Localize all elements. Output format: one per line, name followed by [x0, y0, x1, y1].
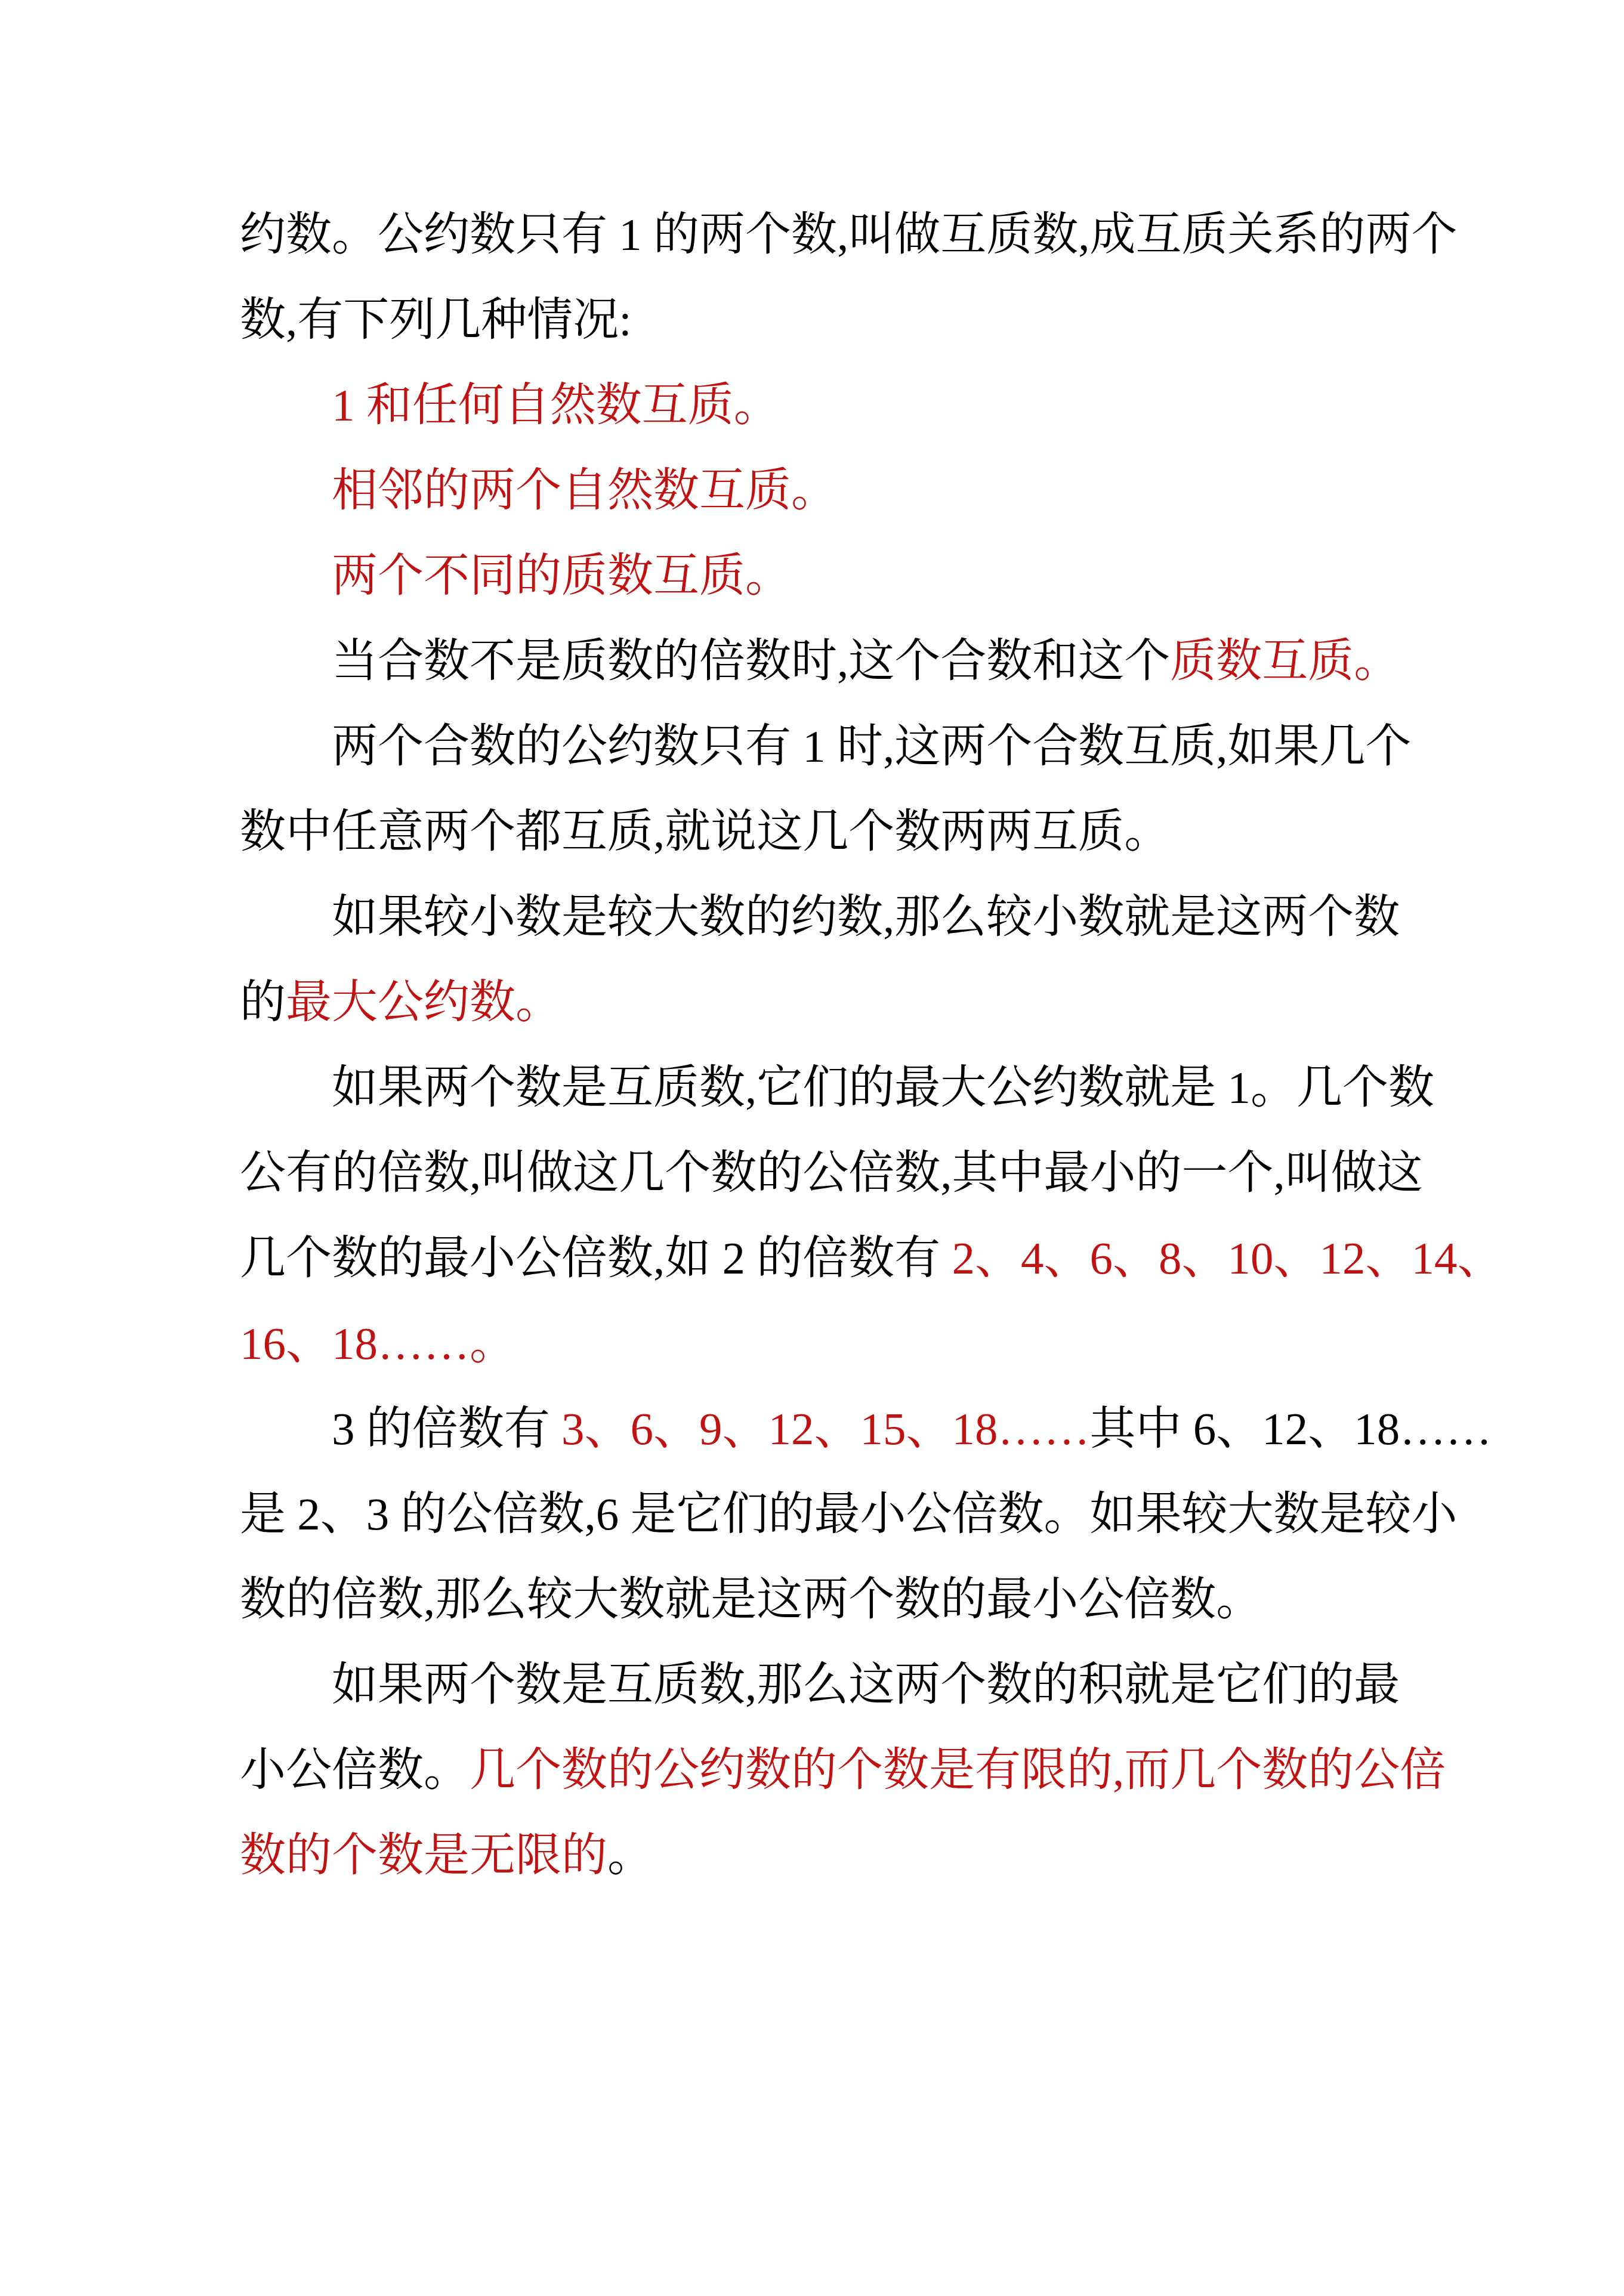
emphasis-text-run: 质数互质。	[1170, 635, 1400, 687]
text-line: 是 2、3 的公倍数,6 是它们的最小公倍数。如果较大数是较小	[240, 1472, 1418, 1557]
text-run: 当合数不是质数的倍数时,这个合数和这个	[332, 635, 1170, 687]
emphasis-text-run: 几个数的公约数的个数是有限的,而几个数的公倍	[470, 1744, 1446, 1796]
text-line: 3 的倍数有 3、6、9、12、15、18……其中 6、12、18……	[240, 1386, 1418, 1472]
emphasis-text-run: 1 和任何自然数互质。	[332, 379, 780, 431]
emphasis-text-run: 两个不同的质数互质。	[332, 550, 791, 601]
text-run: 。	[607, 1830, 653, 1881]
text-run: 小公倍数。	[240, 1744, 470, 1796]
text-line: 的最大公约数。	[240, 960, 1418, 1045]
text-run: 数的倍数,那么较大数就是这两个数的最小公倍数。	[240, 1574, 1262, 1625]
emphasis-text-run: 2、4、6、8、10、12、14、	[952, 1232, 1503, 1284]
text-line: 小公倍数。几个数的公约数的个数是有限的,而几个数的公倍	[240, 1728, 1418, 1813]
emphasis-text-run: 3、6、9、12、15、18……	[561, 1403, 1090, 1454]
text-run: 其中 6、12、18……	[1090, 1403, 1492, 1454]
text-run: 约数。公约数只有 1 的两个数,叫做互质数,成互质关系的两个	[240, 209, 1458, 260]
text-line: 如果较小数是较大数的约数,那么较小数就是这两个数	[240, 874, 1418, 960]
emphasis-text-run: 最大公约数。	[286, 977, 561, 1028]
text-run: 是 2、3 的公倍数,6 是它们的最小公倍数。如果较大数是较小	[240, 1488, 1458, 1540]
text-run: 如果两个数是互质数,那么这两个数的积就是它们的最	[332, 1659, 1400, 1710]
text-line: 数的个数是无限的。	[240, 1813, 1418, 1898]
text-line: 16、18……。	[240, 1301, 1418, 1386]
text-line: 公有的倍数,叫做这几个数的公倍数,其中最小的一个,叫做这	[240, 1130, 1418, 1216]
text-line: 相邻的两个自然数互质。	[240, 448, 1418, 533]
text-run: 的	[240, 977, 286, 1028]
emphasis-text-run: 数的个数是无限的	[240, 1830, 607, 1881]
text-run: 3 的倍数有	[332, 1403, 561, 1454]
text-line: 两个合数的公约数只有 1 时,这两个合数互质,如果几个	[240, 704, 1418, 789]
document-text: 约数。公约数只有 1 的两个数,叫做互质数,成互质关系的两个数,有下列几种情况:…	[240, 192, 1418, 1898]
text-run: 数中任意两个都互质,就说这几个数两两互质。	[240, 806, 1170, 857]
text-line: 如果两个数是互质数,它们的最大公约数就是 1。几个数	[240, 1045, 1418, 1130]
text-run: 几个数的最小公倍数,如 2 的倍数有	[240, 1232, 952, 1284]
text-line: 1 和任何自然数互质。	[240, 363, 1418, 448]
emphasis-text-run: 相邻的两个自然数互质。	[332, 465, 837, 516]
text-run: 数,有下列几种情况:	[240, 294, 632, 345]
text-run: 如果较小数是较大数的约数,那么较小数就是这两个数	[332, 891, 1400, 942]
emphasis-text-run: 16、18……。	[240, 1318, 515, 1369]
text-line: 数中任意两个都互质,就说这几个数两两互质。	[240, 789, 1418, 874]
text-line: 约数。公约数只有 1 的两个数,叫做互质数,成互质关系的两个	[240, 192, 1418, 277]
text-line: 当合数不是质数的倍数时,这个合数和这个质数互质。	[240, 619, 1418, 704]
text-run: 公有的倍数,叫做这几个数的公倍数,其中最小的一个,叫做这	[240, 1147, 1423, 1198]
document-page: 约数。公约数只有 1 的两个数,叫做互质数,成互质关系的两个数,有下列几种情况:…	[0, 0, 1624, 2296]
text-line: 几个数的最小公倍数,如 2 的倍数有 2、4、6、8、10、12、14、	[240, 1216, 1418, 1301]
text-line: 如果两个数是互质数,那么这两个数的积就是它们的最	[240, 1642, 1418, 1728]
text-line: 两个不同的质数互质。	[240, 533, 1418, 619]
text-line: 数,有下列几种情况:	[240, 277, 1418, 363]
text-run: 两个合数的公约数只有 1 时,这两个合数互质,如果几个	[332, 721, 1412, 772]
text-run: 如果两个数是互质数,它们的最大公约数就是 1。几个数	[332, 1062, 1434, 1113]
text-line: 数的倍数,那么较大数就是这两个数的最小公倍数。	[240, 1557, 1418, 1642]
